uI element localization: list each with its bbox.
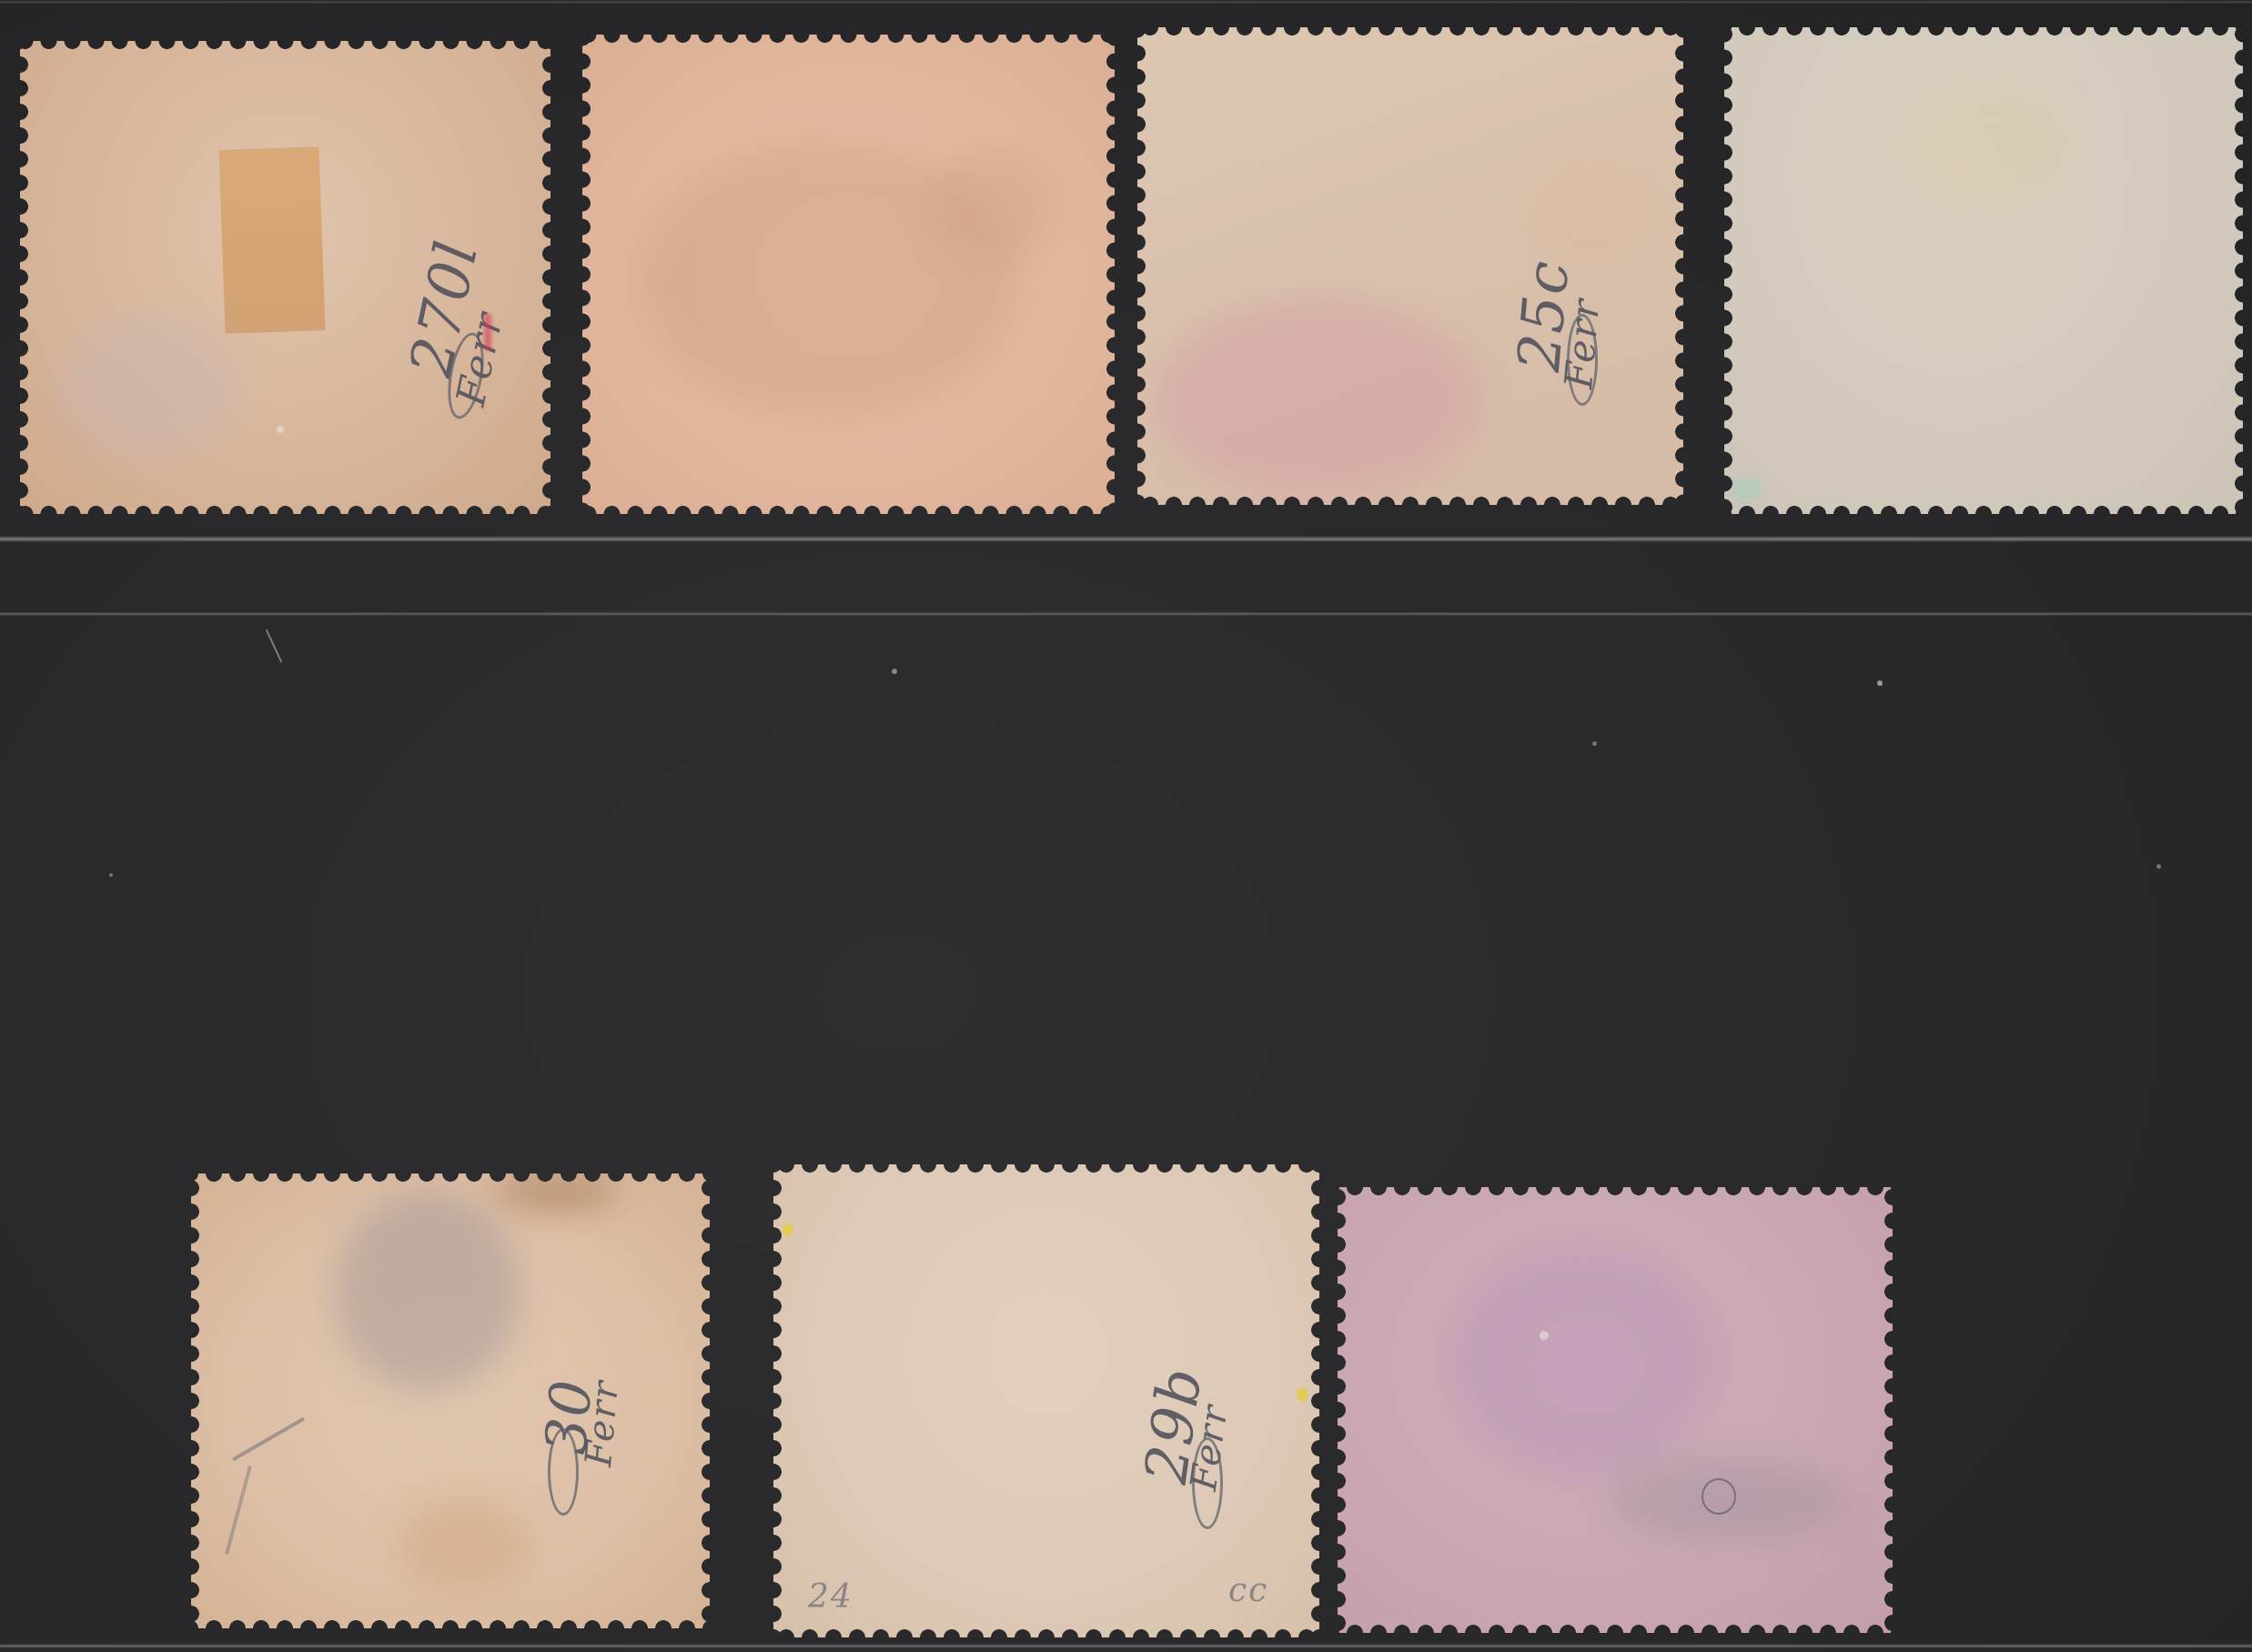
signature-loop xyxy=(1567,314,1598,406)
paper-speck xyxy=(277,426,284,433)
stamp-6: 29b Ferr 24 cc xyxy=(773,1164,1319,1637)
fiber xyxy=(266,629,283,662)
ink-bleed xyxy=(1447,1242,1720,1478)
pencil-loop xyxy=(1702,1478,1736,1515)
stock-page: 270l Ferr 25c Ferr xyxy=(0,0,2252,1652)
dust-speck xyxy=(1877,680,1883,686)
stamp-4 xyxy=(1724,27,2243,514)
signature: Ferr xyxy=(578,1378,627,1468)
dust-speck xyxy=(1592,741,1597,746)
yellow-speck xyxy=(1297,1387,1308,1402)
stamp-2 xyxy=(582,35,1115,514)
dust-speck xyxy=(109,873,113,877)
album-strip-bottom xyxy=(0,1643,2252,1648)
signature-loop xyxy=(1192,1437,1223,1529)
stamp-5: 30 Ferr xyxy=(191,1174,710,1628)
yellow-speck xyxy=(783,1224,793,1236)
signature-loop xyxy=(548,1428,579,1516)
dust-speck xyxy=(2156,864,2161,869)
red-ink-speck xyxy=(484,314,491,350)
paper-speck xyxy=(1540,1331,1549,1340)
green-speck xyxy=(1733,478,1761,500)
stamp-3: 25c Ferr xyxy=(1137,27,1683,505)
stamp-7 xyxy=(1338,1187,1893,1633)
hinge-remnant xyxy=(219,146,326,334)
pink-tint xyxy=(1156,300,1483,500)
cancellation-bleed xyxy=(337,1192,519,1392)
album-strip-top xyxy=(0,0,2252,4)
dust-speck xyxy=(892,669,897,674)
album-strip-lower xyxy=(0,611,2252,616)
stamp-1: 270l Ferr xyxy=(20,41,550,514)
corner-note-left: 24 xyxy=(808,1578,853,1616)
corner-note-right: cc xyxy=(1228,1572,1268,1609)
album-strip-upper xyxy=(0,535,2252,542)
